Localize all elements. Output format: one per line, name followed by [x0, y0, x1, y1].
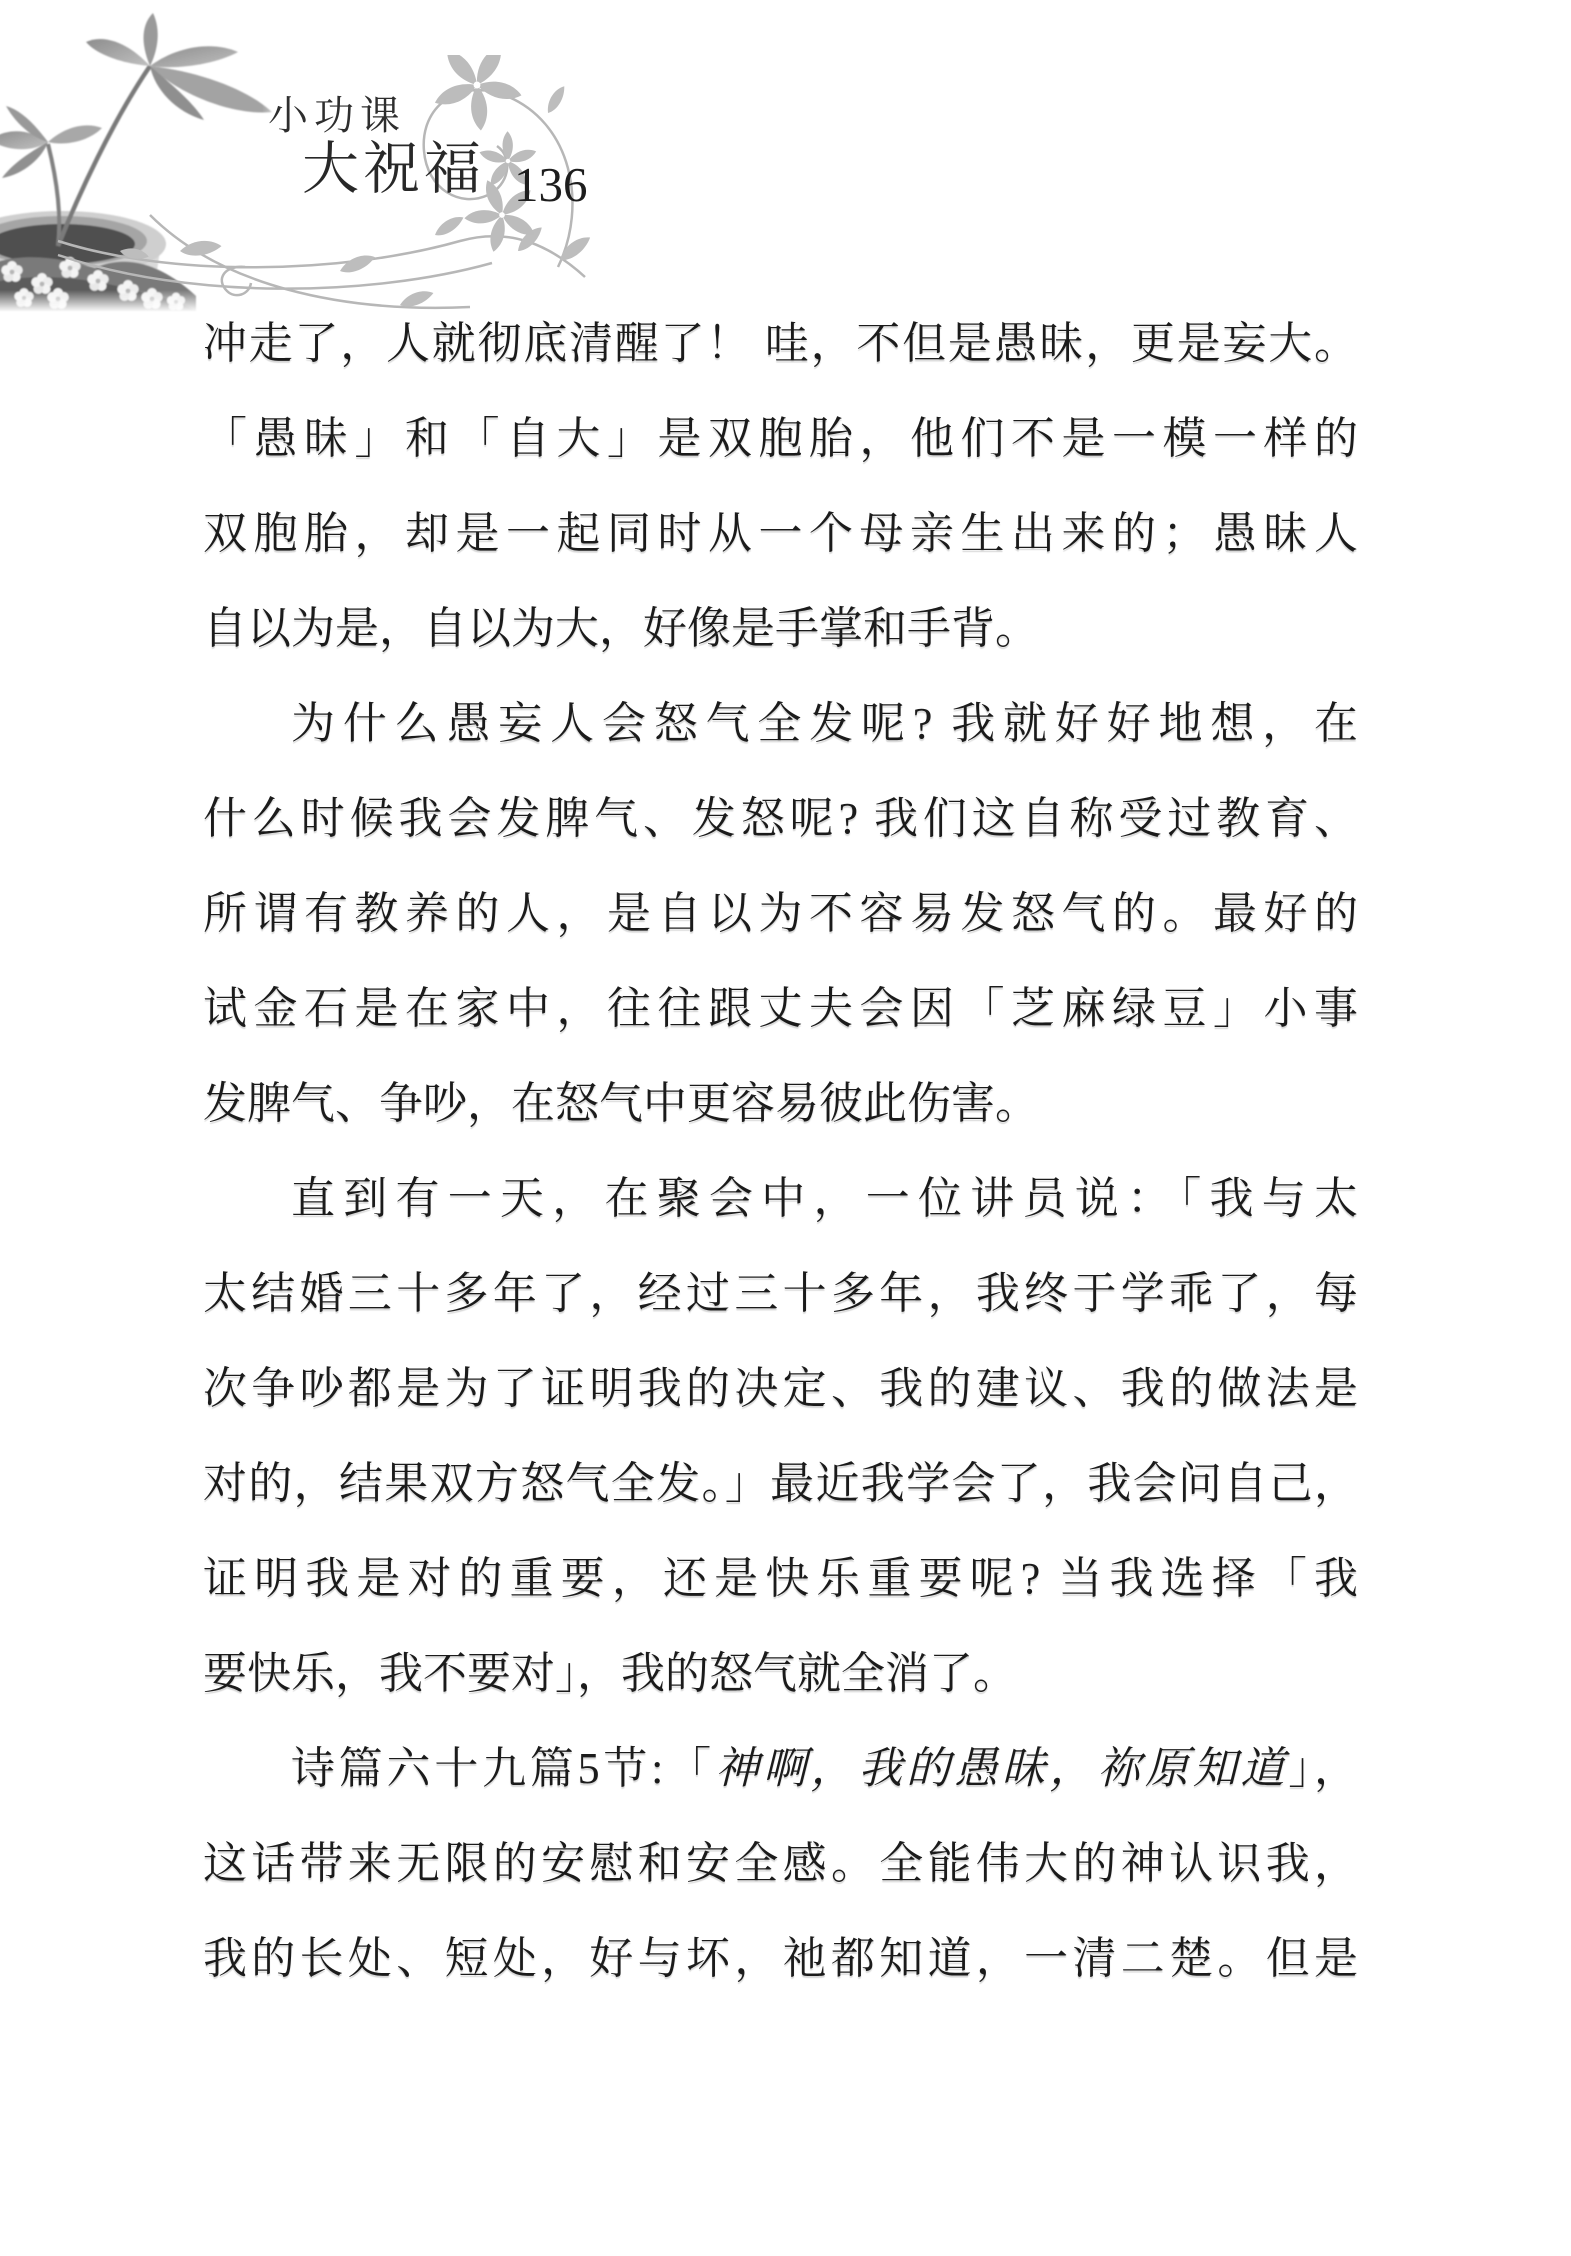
text-segment-latin: 5: [578, 1744, 600, 1793]
text-line: 次争吵都是为了证明我的决定、我的建议、我的做法是: [203, 1341, 1358, 1436]
header-book-title: 大祝福: [302, 138, 485, 201]
text-line: 双胞胎，却是一起同时从一个母亲生出来的；愚昧人: [203, 486, 1358, 581]
text-segment: 双胞胎，却是一起同时从一个母亲生出来的；愚昧人: [203, 509, 1358, 558]
text-line: 要快乐，我不要对」，我的怒气就全消了。: [203, 1626, 1358, 1721]
header-series-title: 小功课: [268, 94, 406, 138]
text-line: 这话带来无限的安慰和安全感。全能伟大的神认识我，: [203, 1816, 1358, 1911]
text-segment: 直到有一天，在聚会中，一位讲员说：「我与太: [291, 1174, 1358, 1223]
text-line: 我的长处、短处，好与坏，祂都知道，一清二楚。但是: [203, 1911, 1358, 2006]
text-segment: 发脾气、争吵，在怒气中更容易彼此伤害。: [203, 1079, 1039, 1128]
text-segment: 什么时候我会发脾气、发怒呢? 我们这自称受过教育、: [203, 794, 1358, 843]
text-segment: 这话带来无限的安慰和安全感。全能伟大的神认识我，: [203, 1839, 1358, 1888]
text-segment: 所谓有教养的人，是自以为不容易发怒气的。最好的: [203, 889, 1358, 938]
page-number: 136: [514, 158, 588, 212]
text-segment: 试金石是在家中，往往跟丈夫会因「芝麻绿豆」小事: [203, 984, 1358, 1033]
book-page: 小功课 大祝福 136 冲走了，人就彻底清醒了！ 哇，不但是愚昧，更是妄大。「愚…: [0, 0, 1571, 2256]
text-segment: 为什么愚妄人会怒气全发呢? 我就好好地想，在: [291, 699, 1358, 748]
text-segment: 」，: [1288, 1744, 1358, 1793]
text-segment: 要快乐，我不要对」，我的怒气就全消了。: [203, 1649, 1017, 1698]
text-segment-kai: 神啊，我的愚昧，祢原知道: [715, 1744, 1288, 1793]
text-segment: 太结婚三十多年了，经过三十多年，我终于学乖了，每: [203, 1269, 1358, 1318]
text-line: 太结婚三十多年了，经过三十多年，我终于学乖了，每: [203, 1246, 1358, 1341]
text-segment: 对的，结果双方怒气全发。」最近我学会了，我会问自己，: [203, 1459, 1358, 1508]
text-line: 试金石是在家中，往往跟丈夫会因「芝麻绿豆」小事: [203, 961, 1358, 1056]
text-line: 为什么愚妄人会怒气全发呢? 我就好好地想，在: [203, 676, 1358, 771]
text-segment: 我的长处、短处，好与坏，祂都知道，一清二楚。但是: [203, 1934, 1358, 1983]
text-segment: 冲走了，人就彻底清醒了！ 哇，不但是愚昧，更是妄大。: [203, 319, 1358, 368]
text-line: 发脾气、争吵，在怒气中更容易彼此伤害。: [203, 1056, 1358, 1151]
text-segment: 证明我是对的重要，还是快乐重要呢? 当我选择「我: [203, 1554, 1358, 1603]
text-segment: 自以为是，自以为大，好像是手掌和手背。: [203, 604, 1039, 653]
text-line: 证明我是对的重要，还是快乐重要呢? 当我选择「我: [203, 1531, 1358, 1626]
text-line: 直到有一天，在聚会中，一位讲员说：「我与太: [203, 1151, 1358, 1246]
text-line: 自以为是，自以为大，好像是手掌和手背。: [203, 581, 1358, 676]
text-line: 诗篇六十九篇5节:「神啊，我的愚昧，祢原知道」，: [203, 1721, 1358, 1816]
text-segment: 「愚昧」和「自大」是双胞胎，他们不是一模一样的: [203, 414, 1358, 463]
text-line: 对的，结果双方怒气全发。」最近我学会了，我会问自己，: [203, 1436, 1358, 1531]
body-text: 冲走了，人就彻底清醒了！ 哇，不但是愚昧，更是妄大。「愚昧」和「自大」是双胞胎，…: [203, 296, 1358, 2006]
text-line: 冲走了，人就彻底清醒了！ 哇，不但是愚昧，更是妄大。: [203, 296, 1358, 391]
text-segment: 节:「: [600, 1744, 715, 1793]
text-line: 什么时候我会发脾气、发怒呢? 我们这自称受过教育、: [203, 771, 1358, 866]
text-line: 「愚昧」和「自大」是双胞胎，他们不是一模一样的: [203, 391, 1358, 486]
text-line: 所谓有教养的人，是自以为不容易发怒气的。最好的: [203, 866, 1358, 961]
text-segment: 诗篇六十九篇: [291, 1744, 578, 1793]
text-segment: 次争吵都是为了证明我的决定、我的建议、我的做法是: [203, 1364, 1358, 1413]
